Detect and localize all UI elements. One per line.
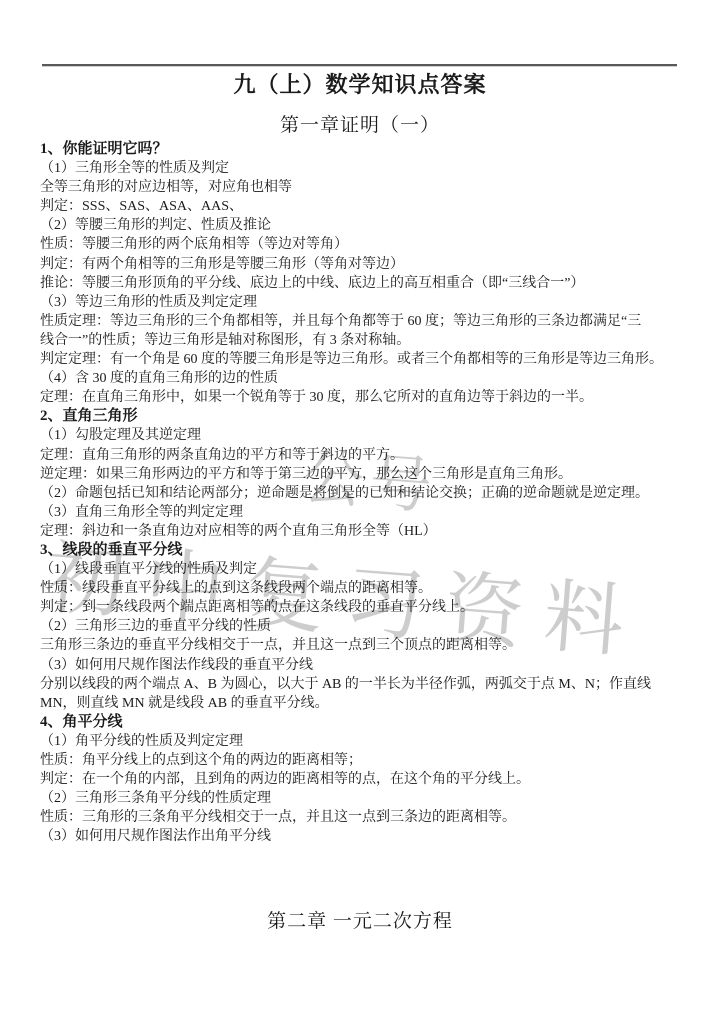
text-line: 全等三角形的对应边相等，对应角也相等	[40, 178, 700, 197]
text-line: 性质：角平分线上的点到这个角的两边的距离相等；	[40, 751, 700, 770]
document-page: 九（上）数学知识点答案 第一章证明（一） 公号 初中复习资料 1、你能证明它吗？…	[0, 0, 720, 1018]
text-line: （2）三角形三边的垂直平分线的性质	[40, 617, 700, 636]
section-heading-line: 2、直角三角形	[40, 407, 700, 426]
text-line: 性质：线段垂直平分线上的点到这条线段两个端点的距离相等。	[40, 579, 700, 598]
text-line: （2）等腰三角形的判定、性质及推论	[40, 216, 700, 235]
text-line: 性质：等腰三角形的两个底角相等（等边对等角）	[40, 235, 700, 254]
text-line: 定理：斜边和一条直角边对应相等的两个直角三角形全等（HL）	[40, 522, 700, 541]
text-line: （3）等边三角形的性质及判定定理	[40, 293, 700, 312]
content: 1、你能证明它吗？（1）三角形全等的性质及判定全等三角形的对应边相等，对应角也相…	[40, 140, 700, 846]
page-title: 九（上）数学知识点答案	[0, 68, 720, 99]
text-line: （1）三角形全等的性质及判定	[40, 159, 700, 178]
text-line: 判定定理：有一个角是 60 度的等腰三角形是等边三角形。或者三个角都相等的三角形…	[40, 350, 700, 369]
text-line: 逆定理：如果三角形两边的平方和等于第三边的平方，那么这个三角形是直角三角形。	[40, 465, 700, 484]
text-line: 分别以线段的两个端点 A、B 为圆心，以大于 AB 的一半长为半径作弧，两弧交于…	[40, 675, 700, 694]
text-line: 判定：到一条线段两个端点距离相等的点在这条线段的垂直平分线上。	[40, 598, 700, 617]
text-line: 定理：在直角三角形中，如果一个锐角等于 30 度，那么它所对的直角边等于斜边的一…	[40, 388, 700, 407]
text-line: （1）角平分线的性质及判定定理	[40, 732, 700, 751]
text-line: 推论：等腰三角形顶角的平分线、底边上的中线、底边上的高互相重合（即“三线合一”）	[40, 274, 700, 293]
text-line: 判定：SSS、SAS、ASA、AAS、	[40, 197, 700, 216]
text-line: （3）如何用尺规作图法作线段的垂直平分线	[40, 656, 700, 675]
text-line: （3）如何用尺规作图法作出角平分线	[40, 827, 700, 846]
header-rule	[42, 64, 677, 67]
text-line: 判定：有两个角相等的三角形是等腰三角形（等角对等边）	[40, 255, 700, 274]
text-line: （2）三角形三条角平分线的性质定理	[40, 789, 700, 808]
section-heading-line: 4、角平分线	[40, 713, 700, 732]
section-heading-line: 1、你能证明它吗？	[40, 140, 700, 159]
text-line: MN，则直线 MN 就是线段 AB 的垂直平分线。	[40, 694, 700, 713]
chapter1-heading: 第一章证明（一）	[0, 110, 720, 137]
text-line: （4）含 30 度的直角三角形的边的性质	[40, 369, 700, 388]
text-line: （1）勾股定理及其逆定理	[40, 426, 700, 445]
text-line: 线合一”的性质；等边三角形是轴对称图形，有 3 条对称轴。	[40, 331, 700, 350]
text-line: 三角形三条边的垂直平分线相交于一点，并且这一点到三个顶点的距离相等。	[40, 636, 700, 655]
text-line: （1）线段垂直平分线的性质及判定	[40, 560, 700, 579]
chapter2-heading: 第二章 一元二次方程	[0, 906, 720, 933]
text-line: 判定：在一个角的内部，且到角的两边的距离相等的点，在这个角的平分线上。	[40, 770, 700, 789]
section-heading-line: 3、线段的垂直平分线	[40, 541, 700, 560]
text-line: （2）命题包括已知和结论两部分；逆命题是将倒是的已知和结论交换；正确的逆命题就是…	[40, 484, 700, 503]
text-line: 定理：直角三角形的两条直角边的平方和等于斜边的平方。	[40, 446, 700, 465]
text-line: （3）直角三角形全等的判定定理	[40, 503, 700, 522]
text-line: 性质：三角形的三条角平分线相交于一点，并且这一点到三条边的距离相等。	[40, 808, 700, 827]
text-line: 性质定理：等边三角形的三个角都相等，并且每个角都等于 60 度；等边三角形的三条…	[40, 312, 700, 331]
